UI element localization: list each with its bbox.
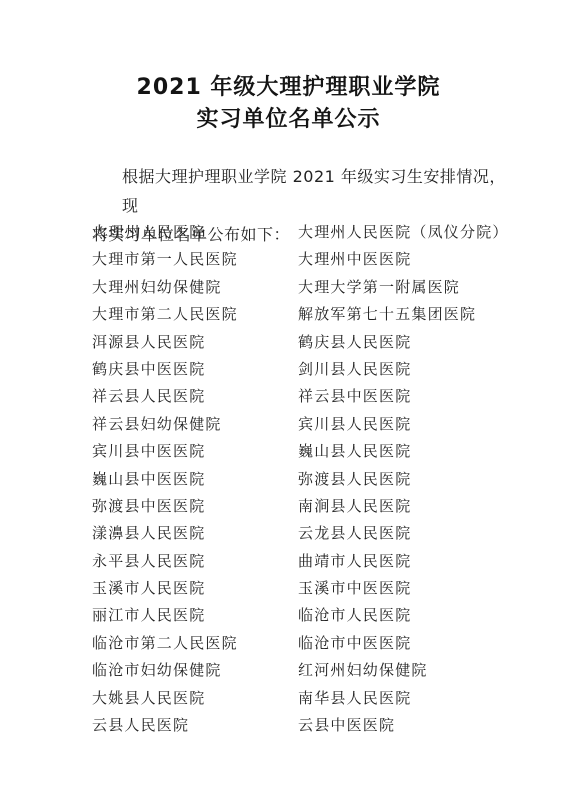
hospital-name-left: 鹤庆县中医医院 bbox=[92, 356, 298, 383]
hospital-name-left: 玉溪市人民医院 bbox=[92, 575, 298, 602]
page-title-line-2: 实习单位名单公示 bbox=[0, 104, 577, 136]
table-row: 宾川县中医医院巍山县人民医院 bbox=[92, 438, 557, 465]
page-title: 2021 年级大理护理职业学院 实习单位名单公示 bbox=[0, 72, 577, 136]
intro-line-1: 根据大理护理职业学院 2021 年级实习生安排情况，现 bbox=[92, 162, 520, 220]
hospital-name-left: 洱源县人民医院 bbox=[92, 329, 298, 356]
hospital-name-left: 大理市第一人民医院 bbox=[92, 246, 298, 273]
hospital-name-left: 巍山县中医医院 bbox=[92, 466, 298, 493]
hospital-name-right: 云县中医医院 bbox=[298, 712, 557, 739]
hospital-name-right: 巍山县人民医院 bbox=[298, 438, 557, 465]
table-row: 大理州妇幼保健院大理大学第一附属医院 bbox=[92, 274, 557, 301]
table-row: 鹤庆县中医医院剑川县人民医院 bbox=[92, 356, 557, 383]
table-row: 大理市第一人民医院大理州中医医院 bbox=[92, 246, 557, 273]
table-row: 玉溪市人民医院玉溪市中医医院 bbox=[92, 575, 557, 602]
hospital-name-left: 云县人民医院 bbox=[92, 712, 298, 739]
table-row: 大理州人民医院大理州人民医院（凤仪分院） bbox=[92, 219, 557, 246]
hospital-list: 大理州人民医院大理州人民医院（凤仪分院）大理市第一人民医院大理州中医医院大理州妇… bbox=[92, 219, 557, 739]
hospital-name-right: 大理州中医医院 bbox=[298, 246, 557, 273]
hospital-name-left: 临沧市妇幼保健院 bbox=[92, 657, 298, 684]
hospital-name-right: 弥渡县人民医院 bbox=[298, 466, 557, 493]
hospital-name-right: 曲靖市人民医院 bbox=[298, 548, 557, 575]
hospital-name-left: 大理市第二人民医院 bbox=[92, 301, 298, 328]
table-row: 洱源县人民医院鹤庆县人民医院 bbox=[92, 329, 557, 356]
hospital-name-left: 大理州妇幼保健院 bbox=[92, 274, 298, 301]
hospital-name-right: 红河州妇幼保健院 bbox=[298, 657, 557, 684]
hospital-name-left: 大姚县人民医院 bbox=[92, 685, 298, 712]
hospital-name-right: 南华县人民医院 bbox=[298, 685, 557, 712]
hospital-name-left: 临沧市第二人民医院 bbox=[92, 630, 298, 657]
hospital-name-left: 永平县人民医院 bbox=[92, 548, 298, 575]
table-row: 丽江市人民医院临沧市人民医院 bbox=[92, 602, 557, 629]
hospital-name-left: 弥渡县中医医院 bbox=[92, 493, 298, 520]
hospital-name-right: 云龙县人民医院 bbox=[298, 520, 557, 547]
hospital-name-right: 大理大学第一附属医院 bbox=[298, 274, 557, 301]
hospital-name-right: 南涧县人民医院 bbox=[298, 493, 557, 520]
table-row: 弥渡县中医医院南涧县人民医院 bbox=[92, 493, 557, 520]
hospital-name-right: 宾川县人民医院 bbox=[298, 411, 557, 438]
hospital-name-left: 祥云县人民医院 bbox=[92, 383, 298, 410]
hospital-name-right: 临沧市人民医院 bbox=[298, 602, 557, 629]
hospital-name-right: 剑川县人民医院 bbox=[298, 356, 557, 383]
hospital-name-left: 丽江市人民医院 bbox=[92, 602, 298, 629]
hospital-name-right: 大理州人民医院（凤仪分院） bbox=[298, 219, 557, 246]
table-row: 临沧市妇幼保健院红河州妇幼保健院 bbox=[92, 657, 557, 684]
table-row: 永平县人民医院曲靖市人民医院 bbox=[92, 548, 557, 575]
table-row: 漾濞县人民医院云龙县人民医院 bbox=[92, 520, 557, 547]
hospital-name-right: 解放军第七十五集团医院 bbox=[298, 301, 557, 328]
hospital-name-left: 大理州人民医院 bbox=[92, 219, 298, 246]
hospital-name-right: 鹤庆县人民医院 bbox=[298, 329, 557, 356]
table-row: 云县人民医院云县中医医院 bbox=[92, 712, 557, 739]
page-title-line-1: 2021 年级大理护理职业学院 bbox=[0, 72, 577, 104]
table-row: 祥云县人民医院祥云县中医医院 bbox=[92, 383, 557, 410]
table-row: 大姚县人民医院南华县人民医院 bbox=[92, 685, 557, 712]
hospital-name-left: 宾川县中医医院 bbox=[92, 438, 298, 465]
table-row: 临沧市第二人民医院临沧市中医医院 bbox=[92, 630, 557, 657]
hospital-name-right: 玉溪市中医医院 bbox=[298, 575, 557, 602]
hospital-name-right: 临沧市中医医院 bbox=[298, 630, 557, 657]
table-row: 巍山县中医医院弥渡县人民医院 bbox=[92, 466, 557, 493]
hospital-name-left: 祥云县妇幼保健院 bbox=[92, 411, 298, 438]
hospital-name-right: 祥云县中医医院 bbox=[298, 383, 557, 410]
table-row: 大理市第二人民医院解放军第七十五集团医院 bbox=[92, 301, 557, 328]
table-row: 祥云县妇幼保健院宾川县人民医院 bbox=[92, 411, 557, 438]
document-page: 2021 年级大理护理职业学院 实习单位名单公示 根据大理护理职业学院 2021… bbox=[0, 0, 577, 800]
hospital-name-left: 漾濞县人民医院 bbox=[92, 520, 298, 547]
